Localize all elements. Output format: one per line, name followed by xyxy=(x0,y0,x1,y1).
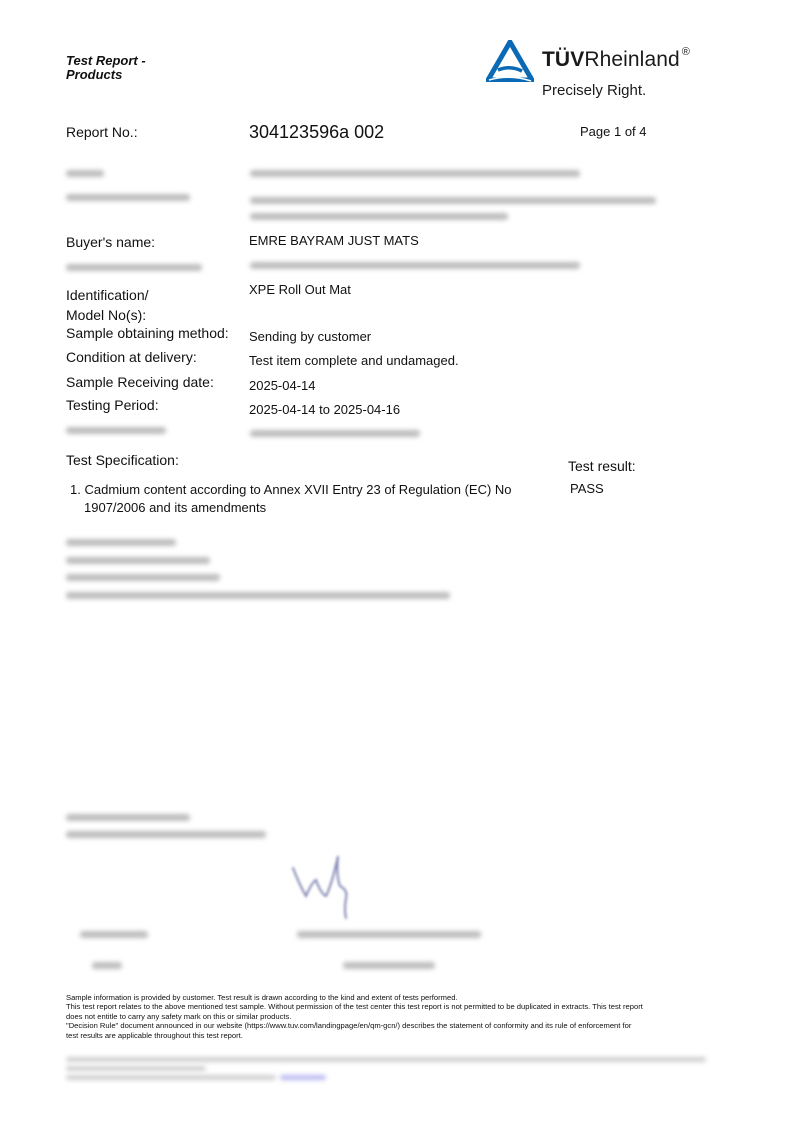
on-behalf-line1-redacted xyxy=(66,814,190,821)
client-label-redacted xyxy=(66,170,104,177)
logo-tagline: Precisely Right. xyxy=(542,82,646,99)
document-type-title: Test Report - Products xyxy=(66,54,146,82)
buyer-name-label: Buyer's name: xyxy=(66,234,155,250)
footer-link-redacted[interactable] xyxy=(280,1075,326,1080)
other-info-line4-redacted xyxy=(66,592,450,599)
spec-item-text-line-1: Cadmium content according to Annex XVII … xyxy=(84,482,511,497)
place-of-testing-value-redacted xyxy=(250,430,420,437)
spec-item-text-line-2: 1907/2006 and its amendments xyxy=(70,499,540,517)
document-type-line-2: Products xyxy=(66,68,146,82)
testing-period-label: Testing Period: xyxy=(66,397,159,413)
manufacturer-value-redacted xyxy=(250,262,580,269)
signatory-name-redacted xyxy=(297,931,481,938)
footer-line3 xyxy=(66,1075,716,1081)
test-specification-heading: Test Specification: xyxy=(66,452,179,468)
spec-item-number: 1. xyxy=(70,482,81,497)
identification-label-line-1: Identification/ xyxy=(66,285,149,305)
condition-at-delivery-label: Condition at delivery: xyxy=(66,349,197,365)
document-type-line-1: Test Report - xyxy=(66,54,146,68)
place-of-testing-label-redacted xyxy=(66,427,166,434)
contact-info-value-line2-redacted xyxy=(250,213,508,220)
other-info-line3-redacted xyxy=(66,574,220,581)
registered-mark: ® xyxy=(682,46,690,58)
sample-receiving-date-label: Sample Receiving date: xyxy=(66,374,214,390)
tuv-triangle-logo-icon xyxy=(486,40,534,82)
signature-image xyxy=(288,846,378,926)
page-indicator: Page 1 of 4 xyxy=(580,124,647,139)
contact-info-value-line1-redacted xyxy=(250,197,656,204)
buyer-name-value: EMRE BAYRAM JUST MATS xyxy=(249,233,419,248)
test-specification-item: 1. Cadmium content according to Annex XV… xyxy=(70,481,540,517)
disclaimer-line: does not entitle to carry any safety mar… xyxy=(66,1012,716,1021)
other-info-line2-redacted xyxy=(66,557,210,564)
tuv-rheinland-logo: TÜVRheinland® Precisely Right. xyxy=(486,40,726,100)
sample-obtaining-method-label: Sample obtaining method: xyxy=(66,325,229,341)
condition-at-delivery-value: Test item complete and undamaged. xyxy=(249,353,459,368)
disclaimer-line: This test report relates to the above me… xyxy=(66,1002,716,1011)
sample-obtaining-method-value: Sending by customer xyxy=(249,329,371,344)
name-position-caption-redacted xyxy=(343,962,435,969)
footer-line2-redacted xyxy=(66,1066,206,1071)
identification-model-value: XPE Roll Out Mat xyxy=(249,282,351,297)
disclaimer: Sample information is provided by custom… xyxy=(66,993,716,1040)
report-number-label: Report No.: xyxy=(66,124,138,140)
identification-label-line-2: Model No(s): xyxy=(66,305,149,325)
footer-redacted xyxy=(66,1057,716,1081)
logo-brand-bold: TÜV xyxy=(542,48,584,71)
testing-period-value: 2025-04-14 to 2025-04-16 xyxy=(249,402,400,417)
other-info-line1-redacted xyxy=(66,539,176,546)
contact-info-label-redacted xyxy=(66,194,190,201)
test-result-value: PASS xyxy=(570,481,604,496)
footer-line1-redacted xyxy=(66,1057,706,1062)
manufacturer-label-redacted xyxy=(66,264,202,271)
disclaimer-line: test results are applicable throughout t… xyxy=(66,1031,716,1040)
footer-line3-redacted xyxy=(66,1075,276,1080)
logo-brand-regular: Rheinland xyxy=(584,48,679,71)
test-result-heading: Test result: xyxy=(568,458,636,474)
client-value-redacted xyxy=(250,170,580,177)
identification-model-label: Identification/ Model No(s): xyxy=(66,285,149,325)
on-behalf-line2-redacted xyxy=(66,831,266,838)
disclaimer-line: Sample information is provided by custom… xyxy=(66,993,716,1002)
signature-date-redacted xyxy=(80,931,148,938)
logo-brand-name: TÜVRheinland® xyxy=(542,48,690,72)
sample-receiving-date-value: 2025-04-14 xyxy=(249,378,316,393)
report-number-value: 304123596a 002 xyxy=(249,122,384,143)
disclaimer-line: "Decision Rule" document announced in ou… xyxy=(66,1021,716,1030)
date-caption-redacted xyxy=(92,962,122,969)
